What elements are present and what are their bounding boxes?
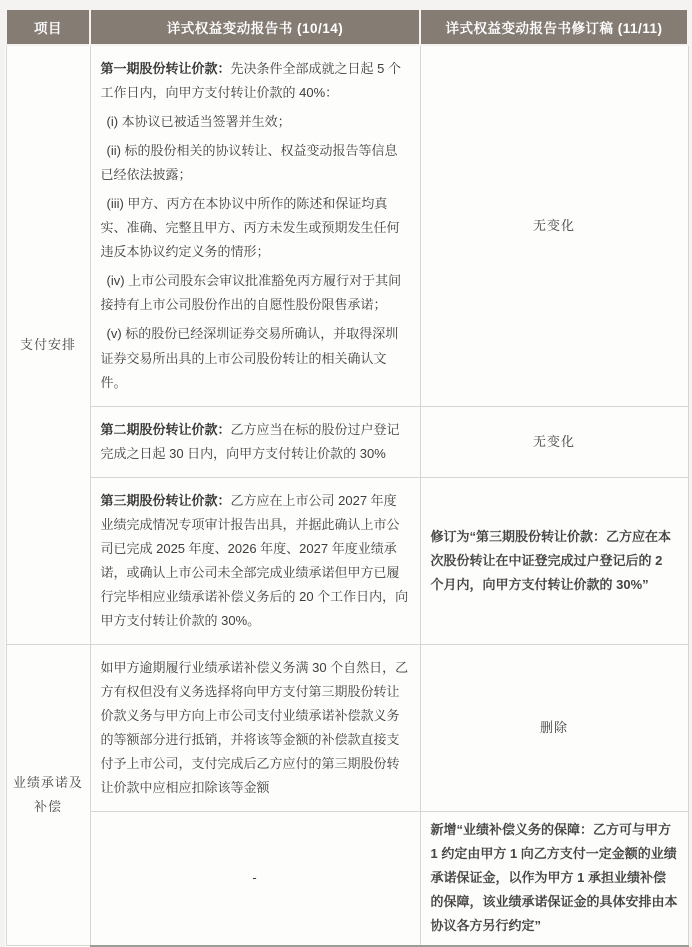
comparison-table: 项目 详式权益变动报告书 (10/14) 详式权益变动报告书修订稿 (11/11… xyxy=(5,8,689,947)
third-installment-original-cell: 第三期股份转让价款：乙方应在上市公司 2027 年度业绩完成情况专项审计报告出具… xyxy=(90,477,420,644)
first-installment-lead: 第一期股份转让价款： xyxy=(101,61,231,76)
offset-clause-revision-status: 删除 xyxy=(420,644,688,811)
second-installment-revision-status: 无变化 xyxy=(420,406,688,477)
row-third-installment: 第三期股份转让价款：乙方应在上市公司 2027 年度业绩完成情况专项审计报告出具… xyxy=(6,477,688,644)
table-header: 项目 详式权益变动报告书 (10/14) 详式权益变动报告书修订稿 (11/11… xyxy=(6,9,688,45)
guarantee-original-placeholder: - xyxy=(90,812,420,946)
header-original-report: 详式权益变动报告书 (10/14) xyxy=(90,9,420,45)
third-installment-text: 乙方应在上市公司 2027 年度业绩完成情况专项审计报告出具，并据此确认上市公司… xyxy=(101,493,409,628)
table-body: 支付安排 第一期股份转让价款：先决条件全部成就之日起 5 个工作日内，向甲方支付… xyxy=(6,45,688,946)
condition-i: (i) 本协议已被适当签署并生效； xyxy=(101,110,410,134)
condition-v: (v) 标的股份已经深圳证券交易所确认，并取得深圳证券交易所出具的上市公司股份转… xyxy=(101,322,410,394)
row-new-guarantee: - 新增“业绩补偿义务的保障：乙方可与甲方 1 约定由甲方 1 向乙方支付一定金… xyxy=(6,812,688,946)
third-installment-lead: 第三期股份转让价款： xyxy=(101,493,231,508)
offset-clause-original-cell: 如甲方逾期履行业绩承诺补偿义务满 30 个自然日，乙方有权但没有义务选择将向甲方… xyxy=(90,644,420,811)
row-offset-clause: 业绩承诺及补偿 如甲方逾期履行业绩承诺补偿义务满 30 个自然日，乙方有权但没有… xyxy=(6,644,688,811)
first-installment-intro: 第一期股份转让价款：先决条件全部成就之日起 5 个工作日内，向甲方支付转让价款的… xyxy=(101,57,410,105)
section-label-payment: 支付安排 xyxy=(6,45,90,644)
first-installment-original-cell: 第一期股份转让价款：先决条件全部成就之日起 5 个工作日内，向甲方支付转让价款的… xyxy=(90,45,420,406)
third-installment-revision-text: 修订为“第三期股份转让价款：乙方应在本次股份转让在中证登完成过户登记后的 2 个… xyxy=(420,477,688,644)
guarantee-revision-text: 新增“业绩补偿义务的保障：乙方可与甲方 1 约定由甲方 1 向乙方支付一定金额的… xyxy=(420,812,688,946)
condition-ii: (ii) 标的股份相关的协议转让、权益变动报告等信息已经依法披露； xyxy=(101,139,410,187)
row-first-installment: 支付安排 第一期股份转让价款：先决条件全部成就之日起 5 个工作日内，向甲方支付… xyxy=(6,45,688,406)
document-page: 项目 详式权益变动报告书 (10/14) 详式权益变动报告书修订稿 (11/11… xyxy=(0,0,692,947)
section-label-performance: 业绩承诺及补偿 xyxy=(6,644,90,945)
condition-iv: (iv) 上市公司股东会审议批准豁免丙方履行对于其间接持有上市公司股份作出的自愿… xyxy=(101,269,410,317)
first-installment-revision-status: 无变化 xyxy=(420,45,688,406)
condition-iii: (iii) 甲方、丙方在本协议中所作的陈述和保证均真实、准确、完整且甲方、丙方未… xyxy=(101,192,410,264)
header-item: 项目 xyxy=(6,9,90,45)
second-installment-intro: 第二期股份转让价款：乙方应当在标的股份过户登记完成之日起 30 日内，向甲方支付… xyxy=(101,418,410,466)
third-installment-intro: 第三期股份转让价款：乙方应在上市公司 2027 年度业绩完成情况专项审计报告出具… xyxy=(101,489,410,633)
second-installment-lead: 第二期股份转让价款： xyxy=(101,422,231,437)
header-revised-report: 详式权益变动报告书修订稿 (11/11) xyxy=(420,9,688,45)
row-second-installment: 第二期股份转让价款：乙方应当在标的股份过户登记完成之日起 30 日内，向甲方支付… xyxy=(6,406,688,477)
offset-clause-text: 如甲方逾期履行业绩承诺补偿义务满 30 个自然日，乙方有权但没有义务选择将向甲方… xyxy=(101,656,410,800)
header-row: 项目 详式权益变动报告书 (10/14) 详式权益变动报告书修订稿 (11/11… xyxy=(6,9,688,45)
second-installment-original-cell: 第二期股份转让价款：乙方应当在标的股份过户登记完成之日起 30 日内，向甲方支付… xyxy=(90,406,420,477)
